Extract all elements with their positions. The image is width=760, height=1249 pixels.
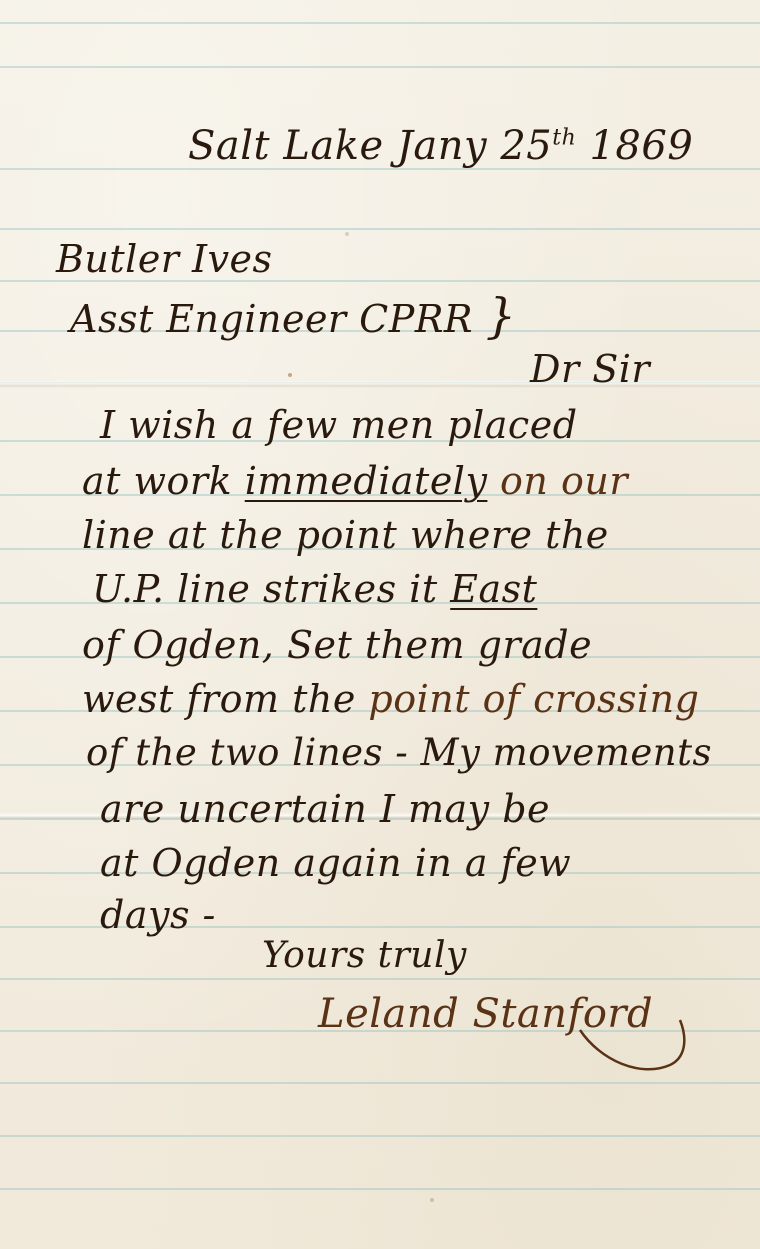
body-text: west from the [82,677,356,721]
body-text: at work [82,459,232,503]
dateline-month: Jany [397,123,487,169]
dateline: Salt Lake Jany 25th 1869 [188,126,693,166]
signature-flourish-icon [560,1010,700,1080]
body-line: west from the point of crossing [82,680,699,718]
letter-page: Salt Lake Jany 25th 1869 Butler Ives Ass… [0,0,760,1249]
salutation: Dr Sir [530,350,650,388]
body-text: on our [500,459,628,503]
dateline-year: 1869 [589,123,693,169]
recipient-title: Asst Engineer CPRR } [70,292,517,340]
age-spot [288,373,292,377]
ruled-line [0,22,760,24]
body-line: U.P. line strikes it East [92,570,537,608]
body-text-underlined: East [450,567,537,611]
recipient-title-text: Asst Engineer CPRR [70,297,473,341]
body-text: point of crossing [368,677,699,721]
dateline-place: Salt Lake [188,123,384,169]
body-text: U.P. line strikes it [92,567,438,611]
body-text-underlined: immediately [245,459,488,503]
age-spot [345,232,349,236]
body-line: line at the point where the [82,516,609,554]
body-line: at Ogden again in a few [100,844,571,882]
body-line: of the two lines - My movements [86,734,712,771]
ruled-line [0,1188,760,1190]
body-line: of Ogden, Set them grade [82,626,592,664]
recipient-name: Butler Ives [56,240,273,278]
body-line: days - [100,896,216,934]
body-line: at work immediately on our [82,462,628,500]
ruled-line [0,1082,760,1084]
closing: Yours truly [262,938,467,974]
ruled-line [0,1135,760,1137]
ruled-line [0,978,760,980]
dateline-day-suffix: th [552,126,576,151]
body-line: are uncertain I may be [100,790,550,828]
age-spot [430,1198,434,1202]
dateline-day: 25 [500,123,552,169]
recipient-brace: } [486,288,517,344]
ruled-line [0,66,760,68]
ruled-line [0,228,760,230]
body-line: I wish a few men placed [100,406,578,444]
